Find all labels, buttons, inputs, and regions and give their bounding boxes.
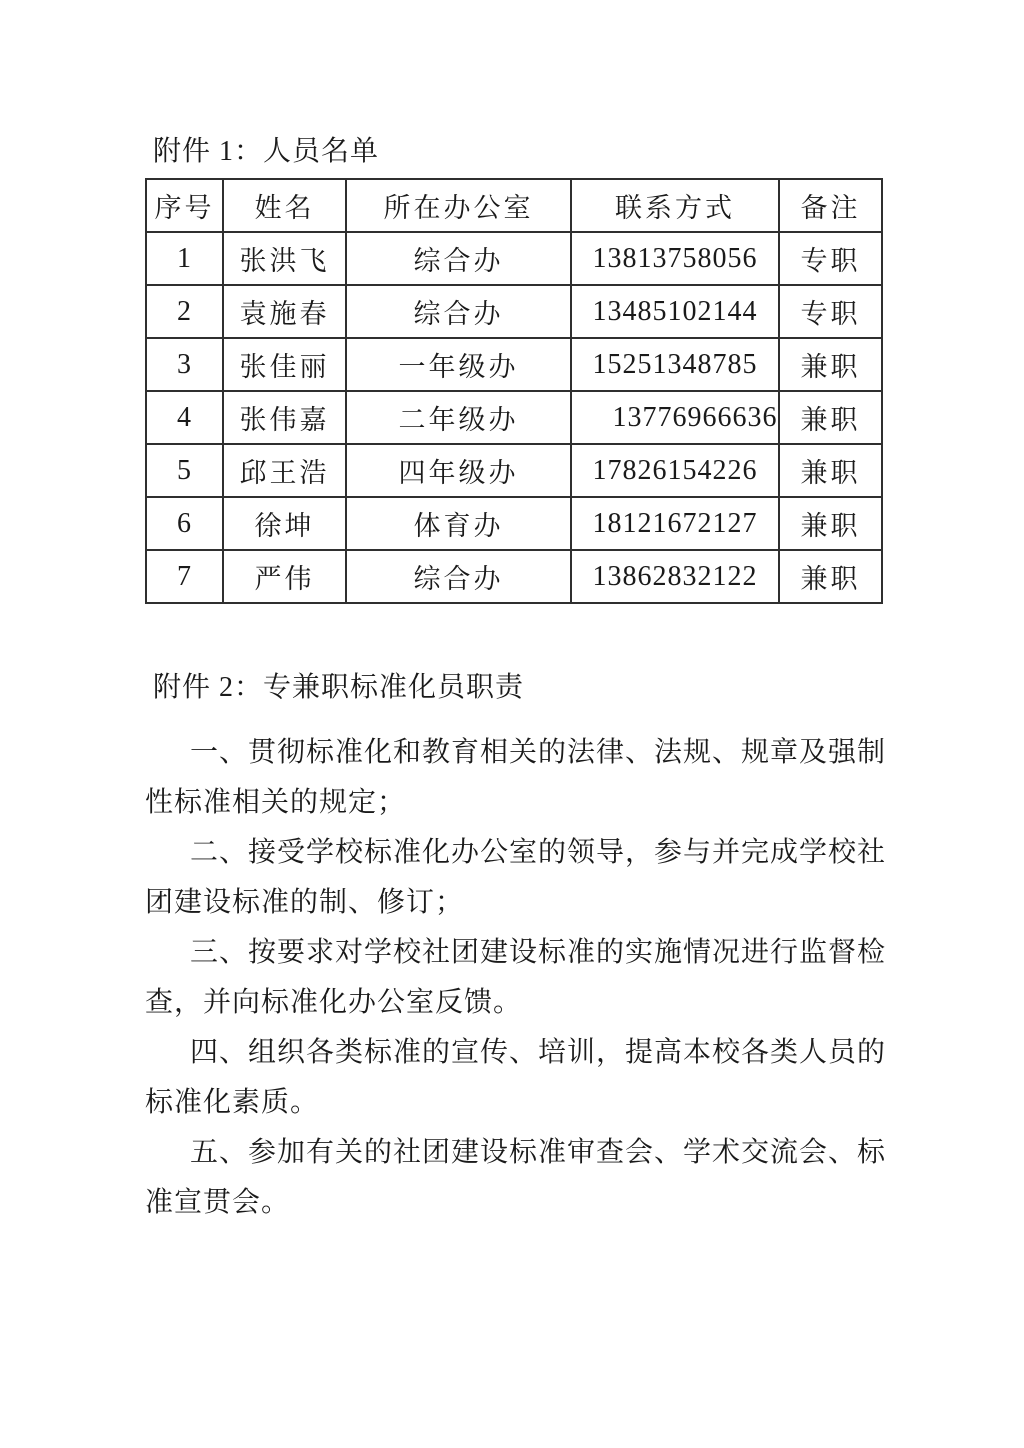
- duty-line: 标准化素质。: [145, 1078, 881, 1128]
- cell-remark: 专职: [779, 232, 882, 285]
- cell-remark: 兼职: [779, 338, 882, 391]
- cell-remark: 兼职: [779, 550, 882, 603]
- duty-line: 团建设标准的制、修订；: [145, 878, 881, 928]
- duty-line: 四、组织各类标准的宣传、培训，提高本校各类人员的: [145, 1028, 881, 1078]
- attachment1-title: 附件 1：人员名单: [145, 134, 881, 170]
- cell-seq: 4: [146, 391, 223, 444]
- cell-remark: 兼职: [779, 444, 882, 497]
- duty-line: 查，并向标准化办公室反馈。: [145, 978, 881, 1028]
- cell-seq: 3: [146, 338, 223, 391]
- attachment2-title: 附件 2：专兼职标准化员职责: [145, 670, 881, 706]
- cell-seq: 7: [146, 550, 223, 603]
- table-body: 1张洪飞综合办13813758056专职2袁施春综合办13485102144专职…: [146, 232, 882, 603]
- cell-name: 徐坤: [223, 497, 346, 550]
- cell-seq: 6: [146, 497, 223, 550]
- table-row: 5邱王浩四年级办17826154226兼职: [146, 444, 882, 497]
- header-seq: 序号: [146, 179, 223, 232]
- duty-line: 三、按要求对学校社团建设标准的实施情况进行监督检: [145, 928, 881, 978]
- table-row: 6徐坤体育办18121672127兼职: [146, 497, 882, 550]
- cell-phone: 15251348785: [571, 338, 779, 391]
- cell-office: 一年级办: [346, 338, 571, 391]
- cell-office: 体育办: [346, 497, 571, 550]
- duty-paragraph: 二、接受学校标准化办公室的领导，参与并完成学校社团建设标准的制、修订；: [145, 828, 881, 928]
- table-row: 1张洪飞综合办13813758056专职: [146, 232, 882, 285]
- header-phone: 联系方式: [571, 179, 779, 232]
- duty-line: 性标准相关的规定；: [145, 778, 881, 828]
- cell-phone: 13776966636: [571, 391, 779, 444]
- cell-phone: 13862832122: [571, 550, 779, 603]
- cell-name: 张佳丽: [223, 338, 346, 391]
- cell-remark: 兼职: [779, 497, 882, 550]
- duty-paragraph: 三、按要求对学校社团建设标准的实施情况进行监督检查，并向标准化办公室反馈。: [145, 928, 881, 1028]
- cell-phone: 17826154226: [571, 444, 779, 497]
- duty-line: 准宣贯会。: [145, 1178, 881, 1228]
- duty-paragraph: 五、参加有关的社团建设标准审查会、学术交流会、标准宣贯会。: [145, 1128, 881, 1228]
- table-header-row: 序号姓名所在办公室联系方式备注: [146, 179, 882, 232]
- cell-remark: 兼职: [779, 391, 882, 444]
- duty-line: 一、贯彻标准化和教育相关的法律、法规、规章及强制: [145, 728, 881, 778]
- table-row: 2袁施春综合办13485102144专职: [146, 285, 882, 338]
- cell-name: 严伟: [223, 550, 346, 603]
- duty-line: 二、接受学校标准化办公室的领导，参与并完成学校社: [145, 828, 881, 878]
- duties: 一、贯彻标准化和教育相关的法律、法规、规章及强制性标准相关的规定；二、接受学校标…: [145, 728, 881, 1228]
- header-name: 姓名: [223, 179, 346, 232]
- header-remark: 备注: [779, 179, 882, 232]
- cell-office: 二年级办: [346, 391, 571, 444]
- cell-name: 张洪飞: [223, 232, 346, 285]
- cell-office: 四年级办: [346, 444, 571, 497]
- table-row: 7严伟综合办13862832122兼职: [146, 550, 882, 603]
- cell-name: 邱王浩: [223, 444, 346, 497]
- cell-office: 综合办: [346, 550, 571, 603]
- table-row: 3张佳丽一年级办15251348785兼职: [146, 338, 882, 391]
- cell-name: 袁施春: [223, 285, 346, 338]
- cell-phone: 13485102144: [571, 285, 779, 338]
- duty-line: 五、参加有关的社团建设标准审查会、学术交流会、标: [145, 1128, 881, 1178]
- personnel-table: 序号姓名所在办公室联系方式备注 1张洪飞综合办13813758056专职2袁施春…: [145, 178, 883, 604]
- cell-office: 综合办: [346, 285, 571, 338]
- cell-office: 综合办: [346, 232, 571, 285]
- cell-seq: 2: [146, 285, 223, 338]
- cell-name: 张伟嘉: [223, 391, 346, 444]
- cell-phone: 13813758056: [571, 232, 779, 285]
- cell-seq: 5: [146, 444, 223, 497]
- document-page: 附件 1：人员名单 序号姓名所在办公室联系方式备注 1张洪飞综合办1381375…: [145, 0, 881, 1228]
- cell-phone: 18121672127: [571, 497, 779, 550]
- cell-seq: 1: [146, 232, 223, 285]
- duty-paragraph: 四、组织各类标准的宣传、培训，提高本校各类人员的标准化素质。: [145, 1028, 881, 1128]
- cell-remark: 专职: [779, 285, 882, 338]
- table-row: 4张伟嘉二年级办13776966636兼职: [146, 391, 882, 444]
- duty-paragraph: 一、贯彻标准化和教育相关的法律、法规、规章及强制性标准相关的规定；: [145, 728, 881, 828]
- header-office: 所在办公室: [346, 179, 571, 232]
